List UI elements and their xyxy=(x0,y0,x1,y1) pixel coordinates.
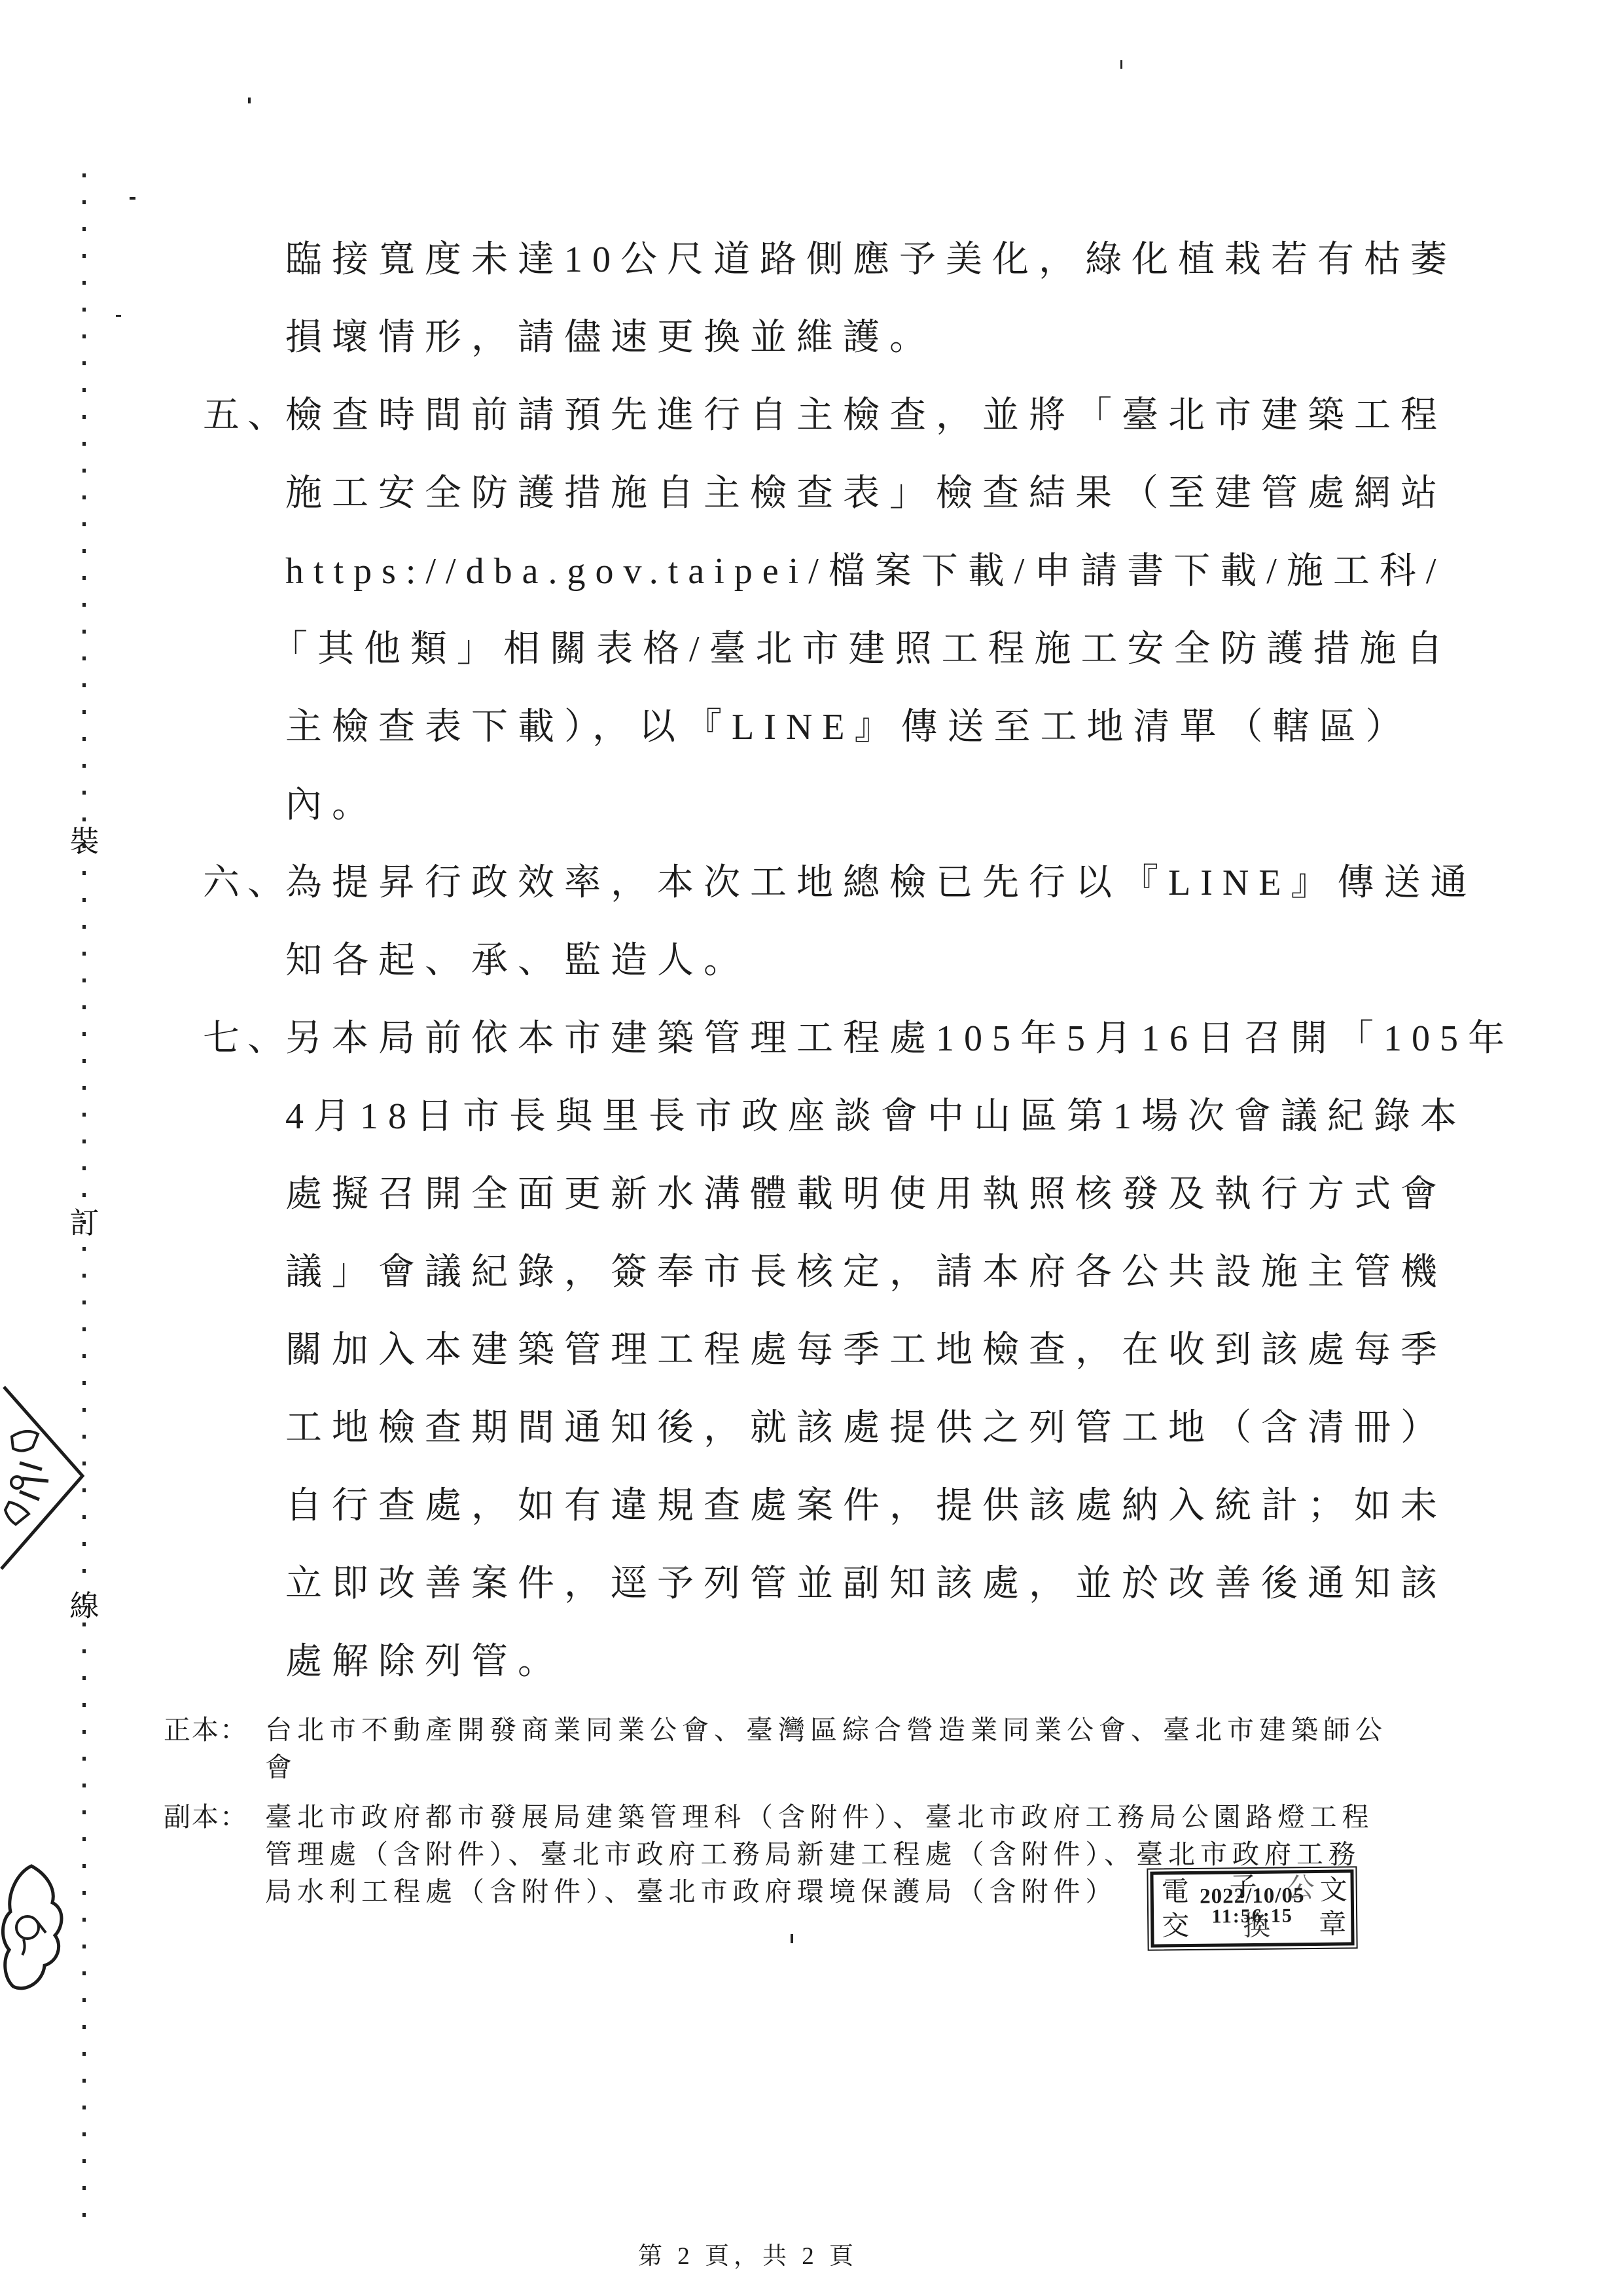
binding-mark-xian: 線 xyxy=(67,1590,101,1622)
body-line: 「其他類」相關表格/臺北市建照工程施工安全防護措施自 xyxy=(203,611,1486,689)
body-line-text: 關加入本建築管理工程處每季工地檢查，在收到該處每季 xyxy=(285,1330,1447,1371)
body-line-text: 工地檢查期間通知後，就該處提供之列管工地（含清冊） xyxy=(285,1408,1447,1448)
body-line-text: 另本局前依本市建築管理工程處105年5月16日召開「105年 xyxy=(285,1018,1514,1059)
body-line-text: 知各起、承、監造人。 xyxy=(285,941,750,981)
body-line-text: 自行查處，如有違規查處案件，提供該處納入統計；如未 xyxy=(285,1486,1447,1526)
scan-speck xyxy=(791,1934,793,1943)
body-line: 六、為提昇行政效率，本次工地總檢已先行以『LINE』傳送通 xyxy=(203,844,1486,922)
recipient-line: 臺北市政府都市發展局建築管理科（含附件）、臺北市政府工務局公園路燈工程 xyxy=(265,1799,1374,1836)
body-line: 工地檢查期間通知後，就該處提供之列管工地（含清冊） xyxy=(203,1390,1486,1467)
body-line: 施工安全防護措施自主檢查表」檢查結果（至建管處網站 xyxy=(203,455,1486,533)
original-copy-label: 正本： xyxy=(164,1712,265,1749)
binding-mark-zhuang: 裝 xyxy=(67,826,101,857)
scan-speck xyxy=(1120,60,1122,69)
partial-seal-triangle-icon xyxy=(0,1378,88,1574)
recipient-line: 會 xyxy=(265,1749,1387,1786)
body-line-text: 議」會議紀錄，簽奉市長核定，請本府各公共設施主管機 xyxy=(285,1252,1447,1293)
scan-speck xyxy=(116,315,121,317)
body-line: 自行查處，如有違規查處案件，提供該處納入統計；如未 xyxy=(203,1467,1486,1545)
binding-mark-ding: 訂 xyxy=(67,1208,101,1239)
body-line-text: 「其他類」相關表格/臺北市建照工程施工安全防護措施自 xyxy=(271,629,1453,670)
body-line-text: 立即改善案件，逕予列管並副知該處，並於改善後通知該 xyxy=(285,1564,1447,1604)
partial-seal-blob-icon xyxy=(0,1862,69,2009)
recipient-line: 台北市不動產開發商業同業公會、臺灣區綜合營造業同業公會、臺北市建築師公 xyxy=(265,1712,1387,1749)
body-line: 主檢查表下載），以『LINE』傳送至工地清單（轄區） xyxy=(203,689,1486,766)
body-line-text: 檢查時間前請預先進行自主檢查，並將「臺北市建築工程 xyxy=(285,395,1447,436)
body-line-text: 內。 xyxy=(285,785,378,825)
body-line: 損壞情形，請儘速更換並維護。 xyxy=(203,299,1486,377)
original-copy-lines: 台北市不動產開發商業同業公會、臺灣區綜合營造業同業公會、臺北市建築師公 會 xyxy=(265,1712,1387,1786)
body-line: 五、檢查時間前請預先進行自主檢查，並將「臺北市建築工程 xyxy=(203,377,1486,455)
scan-speck xyxy=(248,98,251,103)
electronic-exchange-stamp: 電 子 公 文 交 換 章 2022/10/05 11:56:15 xyxy=(1150,1869,1354,1947)
item-number: 五、 xyxy=(203,377,285,455)
body-line: 內。 xyxy=(203,766,1486,844)
body-line: 4月18日市長與里長市政座談會中山區第1場次會議紀錄本 xyxy=(203,1078,1486,1156)
item-number: 六、 xyxy=(203,844,285,922)
stamp-time: 11:56:15 xyxy=(1154,1905,1351,1927)
body-line-text: 處解除列管。 xyxy=(285,1641,564,1682)
body-line: 立即改善案件，逕予列管並副知該處，並於改善後通知該 xyxy=(203,1545,1486,1623)
body-line-text: 處擬召開全面更新水溝體載明使用執照核發及執行方式會 xyxy=(285,1174,1447,1215)
carbon-copy-label: 副本： xyxy=(164,1799,265,1836)
document-body: 臨接寬度未達10公尺道路側應予美化，綠化植栽若有枯萎 損壞情形，請儘速更換並維護… xyxy=(203,221,1486,1701)
body-line-text: https://dba.gov.taipei/檔案下載/申請書下載/施工科/ xyxy=(285,551,1446,592)
body-line: https://dba.gov.taipei/檔案下載/申請書下載/施工科/ xyxy=(203,533,1486,611)
body-line-text: 4月18日市長與里長市政座談會中山區第1場次會議紀錄本 xyxy=(285,1096,1467,1137)
recipients-original: 正本： 台北市不動產開發商業同業公會、臺灣區綜合營造業同業公會、臺北市建築師公 … xyxy=(164,1712,1387,1786)
body-line-text: 施工安全防護措施自主檢查表」檢查結果（至建管處網站 xyxy=(285,473,1447,514)
body-line-text: 損壞情形，請儘速更換並維護。 xyxy=(285,317,936,358)
body-line: 知各起、承、監造人。 xyxy=(203,922,1486,1000)
scanned-document-page: 裝 訂 線 臨接寬度未達10公尺道路側應予美化，綠化植栽若有枯萎 損壞情形，請儘… xyxy=(0,0,1623,2296)
body-line-text: 主檢查表下載），以『LINE』傳送至工地清單（轄區） xyxy=(285,707,1412,747)
body-line: 處擬召開全面更新水溝體載明使用執照核發及執行方式會 xyxy=(203,1156,1486,1234)
recipient-line: 管理處（含附件）、臺北市政府工務局新建工程處（含附件）、臺北市政府工務 xyxy=(265,1836,1374,1873)
body-line: 處解除列管。 xyxy=(203,1623,1486,1701)
binding-dotted-line xyxy=(82,173,86,2225)
scan-speck xyxy=(130,197,135,200)
body-line: 臨接寬度未達10公尺道路側應予美化，綠化植栽若有枯萎 xyxy=(203,221,1486,299)
page-number-footer: 第 2 頁，共 2 頁 xyxy=(638,2236,858,2271)
body-line-text: 為提昇行政效率，本次工地總檢已先行以『LINE』傳送通 xyxy=(285,863,1477,903)
body-line: 七、另本局前依本市建築管理工程處105年5月16日召開「105年 xyxy=(203,1000,1486,1078)
body-line: 關加入本建築管理工程處每季工地檢查，在收到該處每季 xyxy=(203,1312,1486,1390)
item-number: 七、 xyxy=(203,1000,285,1078)
body-line-text: 臨接寬度未達10公尺道路側應予美化，綠化植栽若有枯萎 xyxy=(285,240,1457,280)
body-line: 議」會議紀錄，簽奉市長核定，請本府各公共設施主管機 xyxy=(203,1234,1486,1312)
